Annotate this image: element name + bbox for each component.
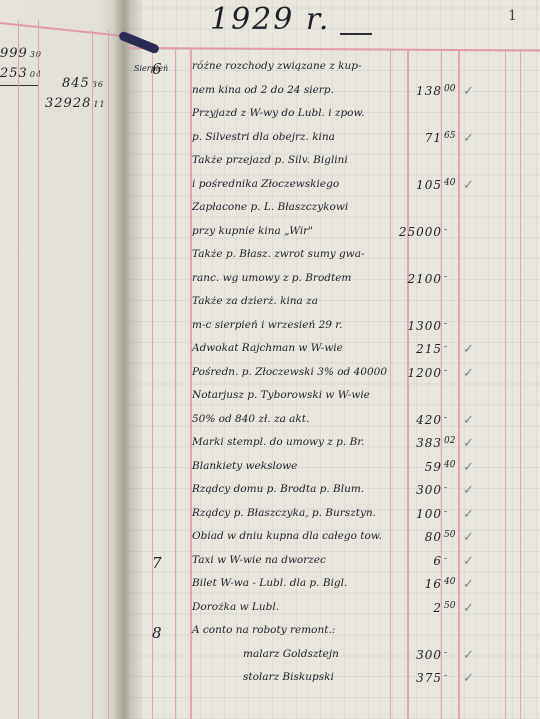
ledger-row: Także za dzierż. kina za [0,295,540,316]
ledger-row: Dorożka w Lubl.250✓ [0,601,540,622]
amount-cell: 100 [416,507,442,521]
page-year-heading: 1929 r. [210,2,330,37]
ledger-row: Także p. Błasz. zwrot sumy gwa- [0,248,540,269]
cents-cell: - [444,483,447,493]
checkmark-icon: ✓ [463,507,474,522]
amount-cell: 1300 [407,319,442,333]
day-cell: 8 [152,624,162,642]
ledger-row: Przyjazd z W-wy do Lubl. i zpow. [0,107,540,128]
description-cell: Zapłacone p. L. Błaszczykowi [192,201,348,213]
description-cell: ranc. wg umowy z p. Brodtem [192,272,351,284]
cents-cell: - [444,225,447,235]
checkmark-icon: ✓ [463,577,474,592]
description-cell: Obiad w dniu kupna dla całego tow. [192,530,382,542]
cents-cell: - [444,319,447,329]
amount-cell: 300 [416,483,442,497]
description-cell: malarz Goldsztejn [243,648,339,660]
description-cell: Rządcy p. Błaszczyka, p. Bursztyn. [192,507,376,519]
checkmark-icon: ✓ [463,413,474,428]
description-cell: A conto na roboty remont.: [192,624,335,636]
page-number: 1 [508,8,517,24]
description-cell: Bilet W-wa - Lubl. dla p. Bigl. [192,577,347,589]
checkmark-icon: ✓ [463,671,474,686]
ledger-row: Obiad w dniu kupna dla całego tow.8050✓ [0,530,540,551]
description-cell: Także przejazd p. Silv. Biglini [192,154,348,166]
ledger-row: 50% od 840 zł. za akt.420-✓ [0,413,540,434]
amount-cell: 300 [416,648,442,662]
amount-cell: 138 [416,84,442,98]
ledger-row: Rządcy p. Błaszczyka, p. Bursztyn.100-✓ [0,507,540,528]
ledger-row: p. Silvestri dla obejrz. kina7165✓ [0,131,540,152]
description-cell: Także za dzierż. kina za [192,295,318,307]
ledger-row: Także przejazd p. Silv. Biglini [0,154,540,175]
cents-cell: - [444,272,447,282]
description-cell: m-c sierpień i wrzesień 29 r. [192,319,343,331]
ledger-row: nem kina od 2 do 24 sierp.13800✓ [0,84,540,105]
description-cell: Także p. Błasz. zwrot sumy gwa- [192,248,365,260]
ledger-row: Notarjusz p. Tyborowski w W-wie [0,389,540,410]
description-cell: Dorożka w Lubl. [192,601,279,613]
ledger-row: Bilet W-wa - Lubl. dla p. Bigl.1640✓ [0,577,540,598]
cents-cell: 65 [444,131,455,141]
ledger-row: Rządcy domu p. Brodta p. Blum.300-✓ [0,483,540,504]
checkmark-icon: ✓ [463,601,474,616]
day-cell: 6 [152,60,162,78]
description-cell: i pośrednika Złoczewskiego [192,178,339,190]
cents-cell: - [444,366,447,376]
ledger-row: ranc. wg umowy z p. Brodtem2100- [0,272,540,293]
ledger-row: Zapłacone p. L. Błaszczykowi [0,201,540,222]
left-amount-1: 99930 [0,46,42,61]
checkmark-icon: ✓ [463,530,474,545]
checkmark-icon: ✓ [463,366,474,381]
ledger-row: malarz Goldsztejn300-✓ [0,648,540,669]
description-cell: Adwokat Rajchman w W-wie [192,342,343,354]
ledger-row: stolarz Biskupski375-✓ [0,671,540,692]
amount-cell: 105 [416,178,442,192]
ledger-row: Pośredn. p. Złoczewski 3% od 400001200-✓ [0,366,540,387]
amount-cell: 16 [425,577,442,591]
amount-cell: 6 [433,554,442,568]
ledger-row: Adwokat Rajchman w W-wie215-✓ [0,342,540,363]
ledger-row: przy kupnie kina „Wir"25000- [0,225,540,246]
ledger-row: 6różne rozchody związane z kup- [0,60,540,81]
amount-cell: 59 [425,460,442,474]
ledger-row: i pośrednika Złoczewskiego10540✓ [0,178,540,199]
description-cell: przy kupnie kina „Wir" [192,225,313,237]
checkmark-icon: ✓ [463,131,474,146]
checkmark-icon: ✓ [463,554,474,569]
cents-cell: - [444,413,447,423]
description-cell: Pośredn. p. Złoczewski 3% od 40000 [192,366,387,378]
amount-cell: 2100 [407,272,442,286]
amount-cell: 420 [416,413,442,427]
description-cell: Blankiety wekslowe [192,460,297,472]
amount-cell: 375 [416,671,442,685]
cents-cell: 00 [444,84,455,94]
description-cell: stolarz Biskupski [243,671,334,683]
cents-cell: 40 [444,460,455,470]
ledger-row: 8A conto na roboty remont.: [0,624,540,645]
checkmark-icon: ✓ [463,84,474,99]
cents-cell: - [444,671,447,681]
cents-cell: - [444,507,447,517]
cents-cell: 40 [444,178,455,188]
amount-cell: 80 [425,530,442,544]
cents-cell: - [444,554,447,564]
amount-cell: 383 [416,436,442,450]
cents-cell: 02 [444,436,455,446]
cents-cell: - [444,342,447,352]
description-cell: Rządcy domu p. Brodta p. Blum. [192,483,364,495]
cents-cell: 50 [444,601,455,611]
cents-cell: - [444,648,447,658]
ledger-row: Blankiety wekslowe5940✓ [0,460,540,481]
description-cell: różne rozchody związane z kup- [192,60,362,72]
amount-cell: 25000 [399,225,442,239]
description-cell: Taxi w W-wie na dworzec [192,554,326,566]
amount-cell: 71 [425,131,442,145]
description-cell: p. Silvestri dla obejrz. kina [192,131,335,143]
checkmark-icon: ✓ [463,648,474,663]
amount-cell: 2 [433,601,442,615]
description-cell: Notarjusz p. Tyborowski w W-wie [192,389,370,401]
checkmark-icon: ✓ [463,342,474,357]
amount-cell: 215 [416,342,442,356]
amount-cell: 1200 [407,366,442,380]
ledger-row: Marki stempl. do umowy z p. Br.38302✓ [0,436,540,457]
description-cell: Przyjazd z W-wy do Lubl. i zpow. [192,107,365,119]
checkmark-icon: ✓ [463,178,474,193]
ledger-row: 7Taxi w W-wie na dworzec6-✓ [0,554,540,575]
description-cell: Marki stempl. do umowy z p. Br. [192,436,365,448]
checkmark-icon: ✓ [463,460,474,475]
checkmark-icon: ✓ [463,483,474,498]
cents-cell: 40 [444,577,455,587]
checkmark-icon: ✓ [463,436,474,451]
cents-cell: 50 [444,530,455,540]
day-cell: 7 [152,554,162,572]
description-cell: 50% od 840 zł. za akt. [192,413,309,425]
heading-underline [340,33,372,35]
description-cell: nem kina od 2 do 24 sierp. [192,84,334,96]
ledger-row: m-c sierpień i wrzesień 29 r.1300- [0,319,540,340]
